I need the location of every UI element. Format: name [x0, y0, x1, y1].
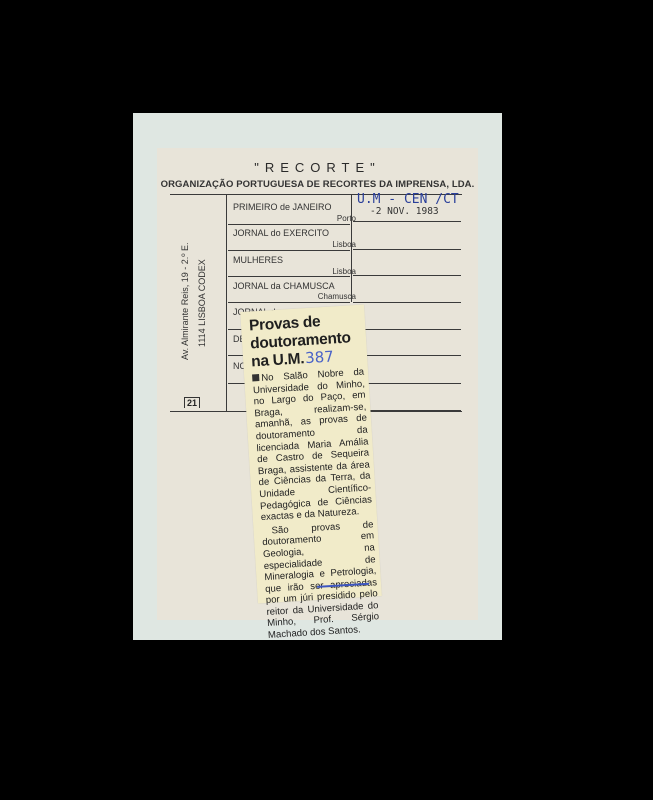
- clipping-body: No Salão Nobre da Universidade do Minho,…: [252, 367, 380, 642]
- row-divider: [228, 302, 350, 303]
- row-divider: [228, 276, 350, 277]
- right-column-line: [353, 355, 461, 356]
- address-line-2: 1114 LISBOA CODEX: [197, 259, 207, 347]
- right-column-line: [353, 221, 461, 222]
- clipping-headline: Provas de doutoramento na U.M.: [249, 311, 353, 371]
- right-column-line: [353, 249, 461, 250]
- clipping-paragraph: No Salão Nobre da Universidade do Minho,…: [253, 367, 373, 524]
- column-divider-left: [226, 194, 227, 412]
- right-column-line: [353, 383, 461, 384]
- publication-city: Chamusca: [318, 292, 356, 301]
- publication-name: JORNAL do EXERCITO: [233, 228, 329, 238]
- form-title: "RECORTE": [157, 160, 478, 175]
- stamp-code: U.M - CEN /CT: [357, 192, 459, 207]
- newspaper-clipping: Provas de doutoramento na U.M. 387 No Sa…: [240, 304, 382, 603]
- right-column-line: [353, 329, 461, 330]
- handwritten-number: 387: [305, 347, 335, 367]
- right-column-line: [353, 302, 461, 303]
- row-divider: [228, 224, 350, 225]
- clipping-paragraph: São provas de doutoramento em Geologia, …: [261, 519, 380, 642]
- stamp-date: -2 NOV. 1983: [370, 206, 439, 217]
- publication-city: Lisboa: [332, 240, 356, 249]
- form-subtitle: ORGANIZAÇÃO PORTUGUESA DE RECORTES DA IM…: [157, 179, 478, 190]
- bullet-square-icon: [252, 374, 259, 381]
- publication-name: PRIMEIRO de JANEIRO: [233, 202, 332, 212]
- right-column-line: [353, 275, 461, 276]
- page-number: 21: [184, 397, 200, 408]
- address-line-1: Av. Almirante Reis, 19 - 2.º E.: [180, 242, 190, 360]
- publication-name: MULHERES: [233, 255, 283, 265]
- publication-name: JORNAL da CHAMUSCA: [233, 281, 335, 291]
- row-divider: [228, 250, 350, 251]
